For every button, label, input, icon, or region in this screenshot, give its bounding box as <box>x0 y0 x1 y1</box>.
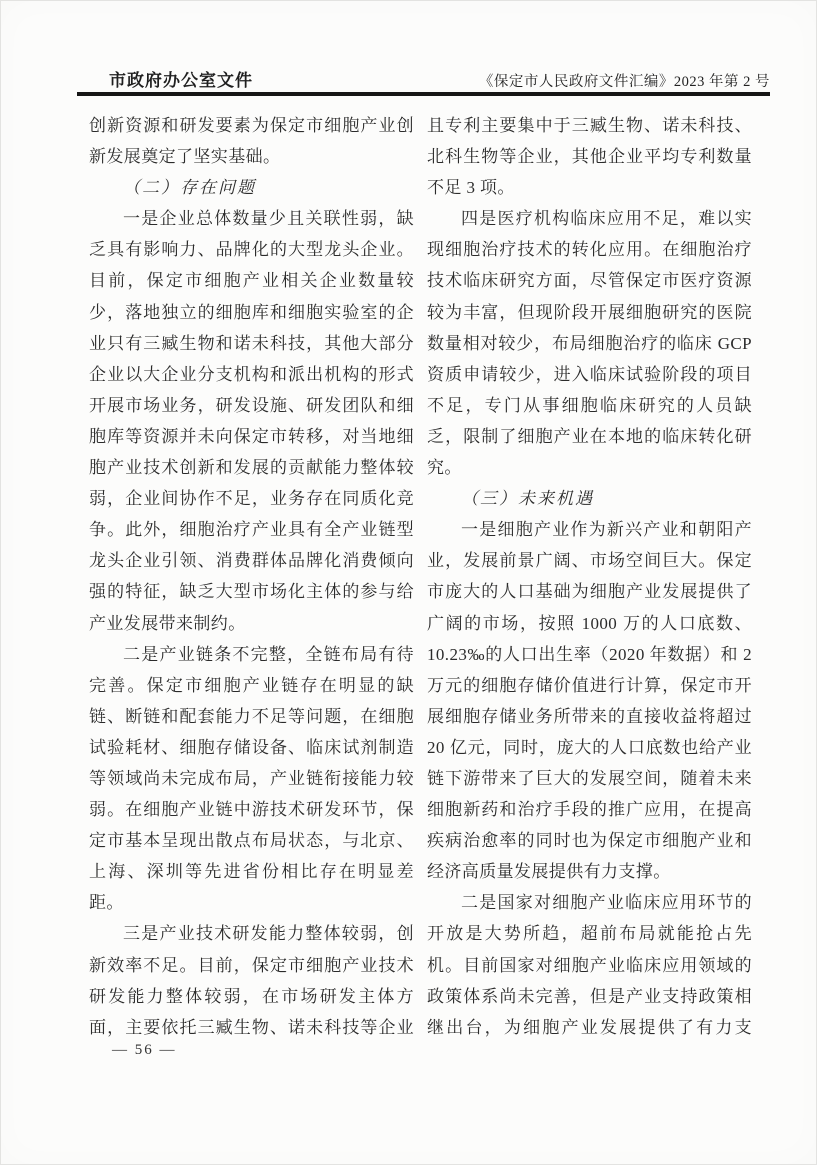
paragraph-continuation: 创新资源和研发要素为保定市细胞产业创新发展奠定了坚实基础。 <box>89 110 414 172</box>
paragraph-opportunity-2: 二是国家对细胞产业临床应用环节的开放是大势所趋，超前布局就能抢占先机。目前国家对… <box>427 887 752 1044</box>
section-heading-future-opportunities: （三）未来机遇 <box>427 483 752 514</box>
right-column: 且专利主要集中于三臧生物、诺未科技、北科生物等企业，其他企业平均专利数量不足 3… <box>427 110 752 1044</box>
paragraph-problem-2: 二是产业链条不完整，全链布局有待完善。保定市细胞产业链存在明显的缺链、断链和配套… <box>89 639 414 919</box>
header-compilation-title: 《保定市人民政府文件汇编》2023 年第 2 号 <box>479 70 770 91</box>
paragraph-opportunity-1: 一是细胞产业作为新兴产业和朝阳产业，发展前景广阔、市场空间巨大。保定市庞大的人口… <box>427 514 752 887</box>
document-body: 创新资源和研发要素为保定市细胞产业创新发展奠定了坚实基础。 （二）存在问题 一是… <box>89 110 752 1044</box>
paragraph-problem-1: 一是企业总体数量少且关联性弱，缺乏具有影响力、品牌化的大型龙头企业。目前，保定市… <box>89 203 414 638</box>
header-rule-divider <box>77 92 770 96</box>
paragraph-problem-3: 三是产业技术研发能力整体较弱，创新效率不足。目前，保定市细胞产业技术研发能力整体… <box>89 918 414 1044</box>
paragraph-problem-4: 四是医疗机构临床应用不足，难以实现细胞治疗技术的转化应用。在细胞治疗技术临床研究… <box>427 203 752 483</box>
paragraph-continuation: 且专利主要集中于三臧生物、诺未科技、北科生物等企业，其他企业平均专利数量不足 3… <box>427 110 752 203</box>
page-number: — 56 — <box>112 1042 177 1059</box>
header-doc-category: 市政府办公室文件 <box>109 66 253 91</box>
document-page: 市政府办公室文件 《保定市人民政府文件汇编》2023 年第 2 号 创新资源和研… <box>0 0 817 1165</box>
section-heading-existing-problems: （二）存在问题 <box>89 172 414 203</box>
left-column: 创新资源和研发要素为保定市细胞产业创新发展奠定了坚实基础。 （二）存在问题 一是… <box>89 110 414 1044</box>
page-header: 市政府办公室文件 《保定市人民政府文件汇编》2023 年第 2 号 <box>77 66 770 91</box>
